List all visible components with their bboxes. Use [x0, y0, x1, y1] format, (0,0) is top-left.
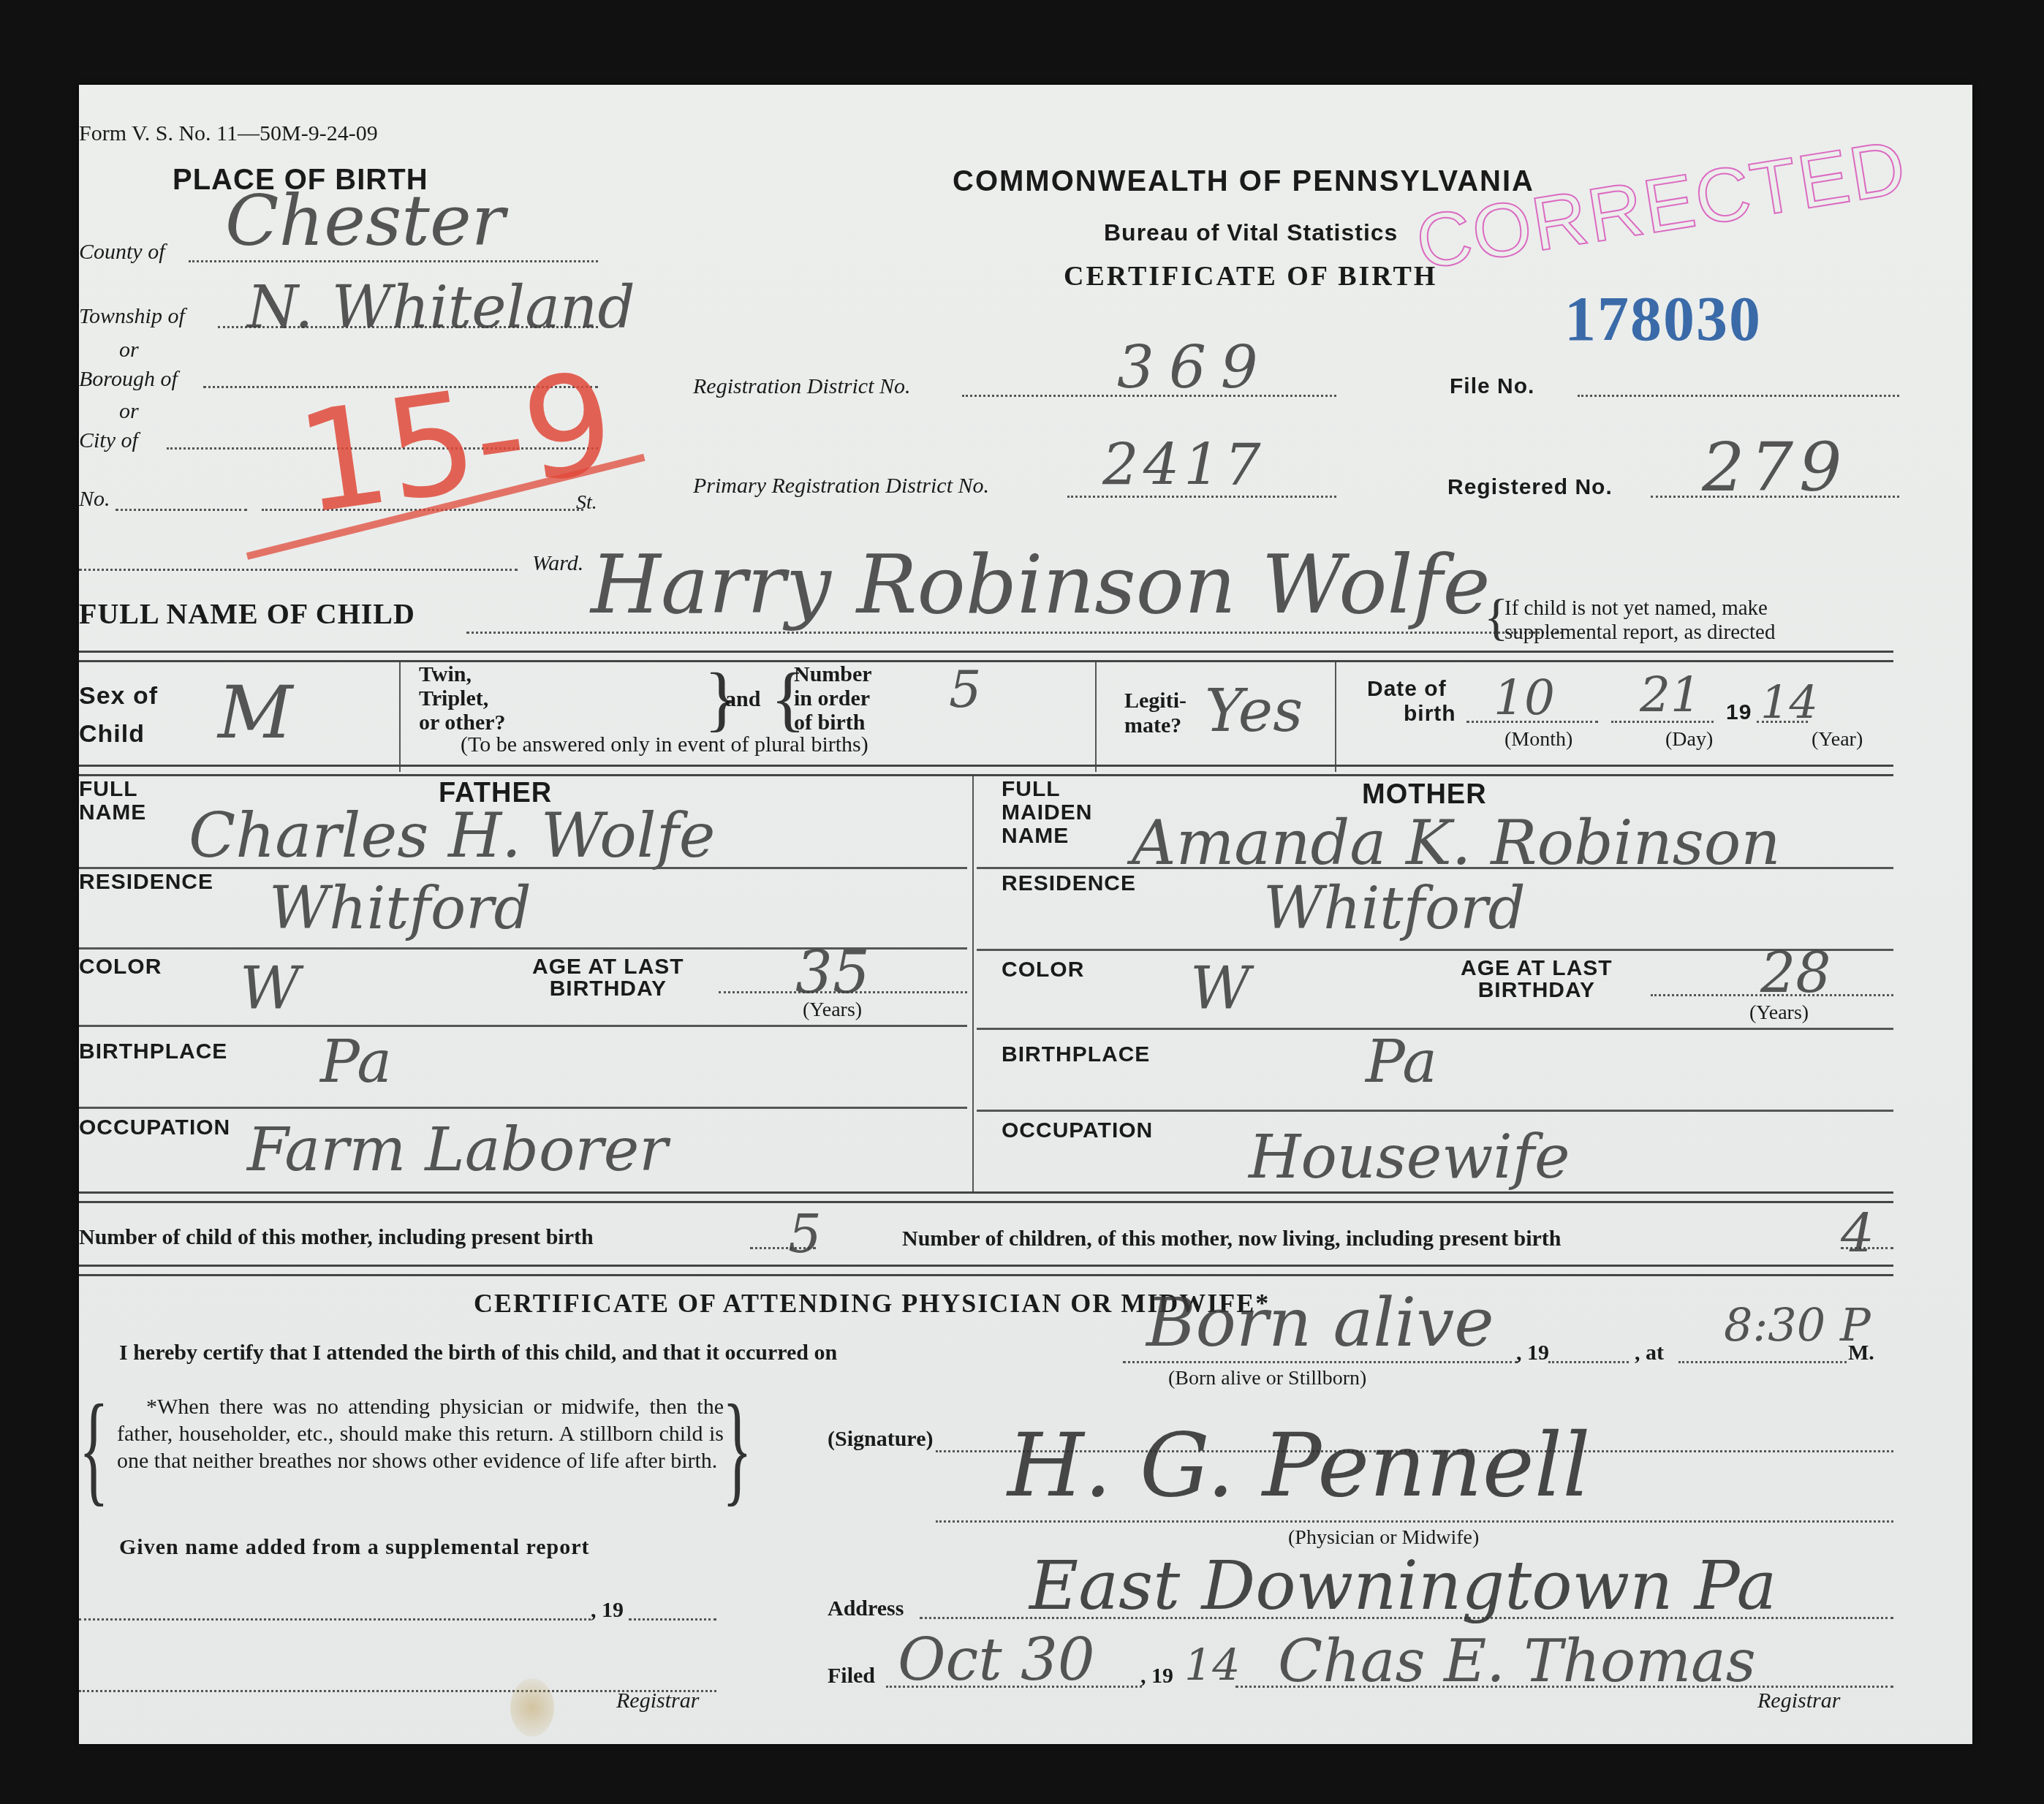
dob-label-line-2: birth [1367, 702, 1456, 727]
father-age-label-line-2: BIRTHDAY [532, 978, 684, 1000]
township-value[interactable]: N. Whiteland [247, 273, 635, 341]
sex-label: Sex of Child [79, 677, 158, 753]
signature-label: (Signature) [828, 1427, 933, 1452]
mother-residence-label: RESIDENCE [1002, 871, 1136, 896]
twin-label-line-2: Triplet, [419, 686, 506, 710]
dob-day-value[interactable]: 21 [1640, 667, 1701, 723]
ward-label: Ward. [532, 551, 583, 576]
file-number-label: File No. [1450, 374, 1534, 399]
father-birthplace-value[interactable]: Pa [320, 1028, 392, 1096]
father-name-label: FULL NAME [79, 778, 146, 825]
occurred-value[interactable]: Born alive [1146, 1284, 1494, 1362]
twin-label-line-3: or other? [419, 710, 506, 735]
legitimate-label-line-2: mate? [1124, 713, 1186, 738]
registrar-label: Registrar [1757, 1689, 1840, 1713]
footnote-brace-left: { [79, 1386, 109, 1510]
father-name-label-line-2: NAME [79, 801, 146, 825]
father-color-label: COLOR [79, 955, 162, 979]
primary-district-value[interactable]: 2417 [1102, 433, 1265, 499]
plural-births-note: (To be answered only in event of plural … [461, 732, 868, 757]
dob-year-prefix: 19 [1726, 700, 1752, 725]
registered-number-label: Registered No. [1447, 475, 1613, 500]
supplemental-label: Given name added from a supplemental rep… [119, 1535, 590, 1560]
divider [977, 1110, 1893, 1112]
mother-occupation-label: OCCUPATION [1002, 1118, 1153, 1143]
order-label-line-2: in order [794, 686, 872, 710]
red-pencil-annotation: 15-9 [289, 341, 624, 545]
primary-district-label: Primary Registration District No. [693, 474, 989, 499]
filed-year-prefix: , 19 [1140, 1664, 1173, 1689]
occurred-year-prefix: , 19 [1516, 1341, 1549, 1365]
borough-label: Borough of [79, 367, 178, 392]
street-number-field-line [116, 509, 247, 511]
divider [399, 662, 401, 772]
unnamed-note: If child is not yet named, make suppleme… [1504, 596, 1775, 645]
mother-residence-value[interactable]: Whitford [1263, 874, 1526, 942]
mother-color-value[interactable]: W [1190, 955, 1250, 1023]
twin-label-line-1: Twin, [419, 662, 506, 686]
divider [79, 1107, 967, 1109]
and-label: and [725, 687, 760, 712]
divider [977, 867, 1893, 869]
father-residence-value[interactable]: Whitford [269, 874, 531, 942]
mother-years-caption: (Years) [1749, 1001, 1809, 1025]
supplemental-registrar-label: Registrar [616, 1689, 699, 1713]
commonwealth-title: COMMONWEALTH OF PENNSYLVANIA [953, 165, 1534, 198]
county-label: County of [79, 240, 165, 265]
filed-date-value[interactable]: Oct 30 [898, 1626, 1095, 1694]
dob-label: Date of birth [1367, 677, 1456, 727]
birth-certificate: Form V. S. No. 11—50M-9-24-09 PLACE OF B… [79, 85, 1972, 1744]
dob-year-value[interactable]: 14 [1760, 675, 1818, 729]
twin-label: Twin, Triplet, or other? [419, 662, 506, 735]
physician-signature[interactable]: H. G. Pennell [1007, 1415, 1591, 1517]
paper-stain [510, 1678, 554, 1737]
child-full-name-line [466, 632, 1563, 634]
divider [79, 1025, 967, 1027]
supplemental-year-prefix: , 19 [591, 1598, 624, 1623]
father-residence-label: RESIDENCE [79, 870, 213, 895]
divider [79, 1191, 1893, 1203]
legitimate-value[interactable]: Yes [1205, 677, 1303, 745]
order-label-line-1: Number [794, 662, 872, 686]
father-age-label-line-1: AGE AT LAST [532, 956, 684, 978]
mother-birthplace-value[interactable]: Pa [1366, 1028, 1437, 1096]
children-number-value[interactable]: 5 [788, 1203, 822, 1265]
supplemental-name-line[interactable] [79, 1618, 591, 1621]
born-caption: (Born alive or Stillborn) [1168, 1367, 1366, 1390]
form-number: Form V. S. No. 11—50M-9-24-09 [79, 121, 378, 146]
unnamed-note-line-2: supplemental report, as directed [1504, 621, 1775, 645]
divider [79, 1265, 1893, 1276]
order-label-line-3: of birth [794, 710, 872, 735]
divider [977, 949, 1893, 951]
mother-age-label-line-1: AGE AT LAST [1461, 958, 1613, 979]
divider [79, 765, 1893, 776]
mother-name-label-line-2: MAIDEN [1002, 801, 1092, 825]
mother-name-label-line-1: FULL [1002, 778, 1092, 801]
registration-district-label: Registration District No. [693, 374, 911, 399]
city-label: City of [79, 428, 138, 453]
corrected-stamp: CORRECTED [1410, 124, 1912, 287]
certificate-number-stamp: 178030 [1564, 282, 1762, 355]
legitimate-label-line-1: Legiti- [1124, 689, 1186, 713]
registered-number-value[interactable]: 279 [1702, 428, 1848, 507]
divider [1335, 662, 1336, 772]
filed-label: Filed [828, 1664, 875, 1689]
m-label: M. [1848, 1341, 1874, 1365]
father-occupation-label: OCCUPATION [79, 1115, 230, 1140]
year-caption: (Year) [1812, 728, 1863, 751]
or-separator-2: or [119, 399, 139, 424]
signature-line-2 [936, 1520, 1893, 1523]
certify-text: I hereby certify that I attended the bir… [119, 1341, 837, 1365]
children-living-value[interactable]: 4 [1841, 1203, 1874, 1265]
ward-field-line [79, 569, 518, 571]
street-number-label: No. [79, 487, 110, 512]
day-caption: (Day) [1665, 728, 1713, 751]
address-label: Address [828, 1596, 904, 1621]
father-age-value[interactable]: 35 [795, 939, 870, 1007]
sex-label-line-2: Child [79, 715, 158, 753]
divider [79, 867, 967, 869]
certificate-title: CERTIFICATE OF BIRTH [1064, 260, 1437, 292]
sex-value[interactable]: M [218, 670, 292, 755]
children-living-label: Number of children, of this mother, now … [902, 1227, 1562, 1251]
month-caption: (Month) [1504, 728, 1572, 751]
mother-name-label: FULL MAIDEN NAME [1002, 778, 1092, 848]
mother-age-label-line-2: BIRTHDAY [1461, 979, 1613, 1001]
parents-column-divider [972, 776, 974, 1193]
occurred-year-line [1548, 1361, 1629, 1363]
father-age-label: AGE AT LAST BIRTHDAY [532, 956, 684, 1000]
supplemental-year-line[interactable] [629, 1618, 716, 1621]
order-value[interactable]: 5 [949, 659, 982, 719]
footnote-brace-right: } [722, 1386, 752, 1510]
divider [1095, 662, 1097, 772]
dob-month-value[interactable]: 10 [1494, 670, 1555, 726]
registration-district-value[interactable]: 369 [1117, 333, 1273, 401]
father-name-label-line-1: FULL [79, 778, 146, 801]
order-label: Number in order of birth [794, 662, 872, 735]
at-label: , at [1635, 1341, 1664, 1365]
father-years-caption: (Years) [803, 998, 862, 1022]
mother-section-title: MOTHER [1362, 779, 1487, 811]
township-label: Township of [79, 304, 185, 329]
registrar-signature[interactable]: Chas E. Thomas [1278, 1627, 1756, 1695]
sex-label-line-1: Sex of [79, 677, 158, 715]
mother-color-label: COLOR [1002, 958, 1084, 982]
mother-birthplace-label: BIRTHPLACE [1002, 1042, 1150, 1067]
filed-year-value[interactable]: 14 [1184, 1640, 1240, 1691]
unnamed-note-line-1: If child is not yet named, make [1504, 596, 1775, 621]
physician-footnote: *When there was no attending physician o… [117, 1393, 724, 1474]
time-line [1678, 1361, 1847, 1363]
father-name-value[interactable]: Charles H. Wolfe [189, 800, 716, 871]
dob-label-line-1: Date of [1367, 677, 1456, 702]
father-birthplace-label: BIRTHPLACE [79, 1039, 227, 1064]
address-value[interactable]: East Downingtown Pa [1029, 1547, 1776, 1625]
or-separator-1: or [119, 338, 139, 363]
father-occupation-value[interactable]: Farm Laborer [247, 1115, 667, 1185]
divider [79, 651, 1893, 662]
children-number-label: Number of child of this mother, includin… [79, 1225, 594, 1250]
child-full-name-label: FULL NAME OF CHILD [79, 596, 415, 631]
legitimate-label: Legiti- mate? [1124, 689, 1186, 738]
mother-occupation-value[interactable]: Housewife [1249, 1123, 1570, 1192]
bureau-title: Bureau of Vital Statistics [1104, 219, 1398, 246]
mother-age-label: AGE AT LAST BIRTHDAY [1461, 958, 1613, 1001]
mother-age-value[interactable]: 28 [1760, 940, 1831, 1005]
mother-name-label-line-3: NAME [1002, 825, 1092, 848]
father-color-value[interactable]: W [240, 955, 300, 1023]
county-value[interactable]: Chester [225, 180, 505, 262]
file-number-line[interactable] [1578, 395, 1899, 397]
child-full-name-value[interactable]: Harry Robinson Wolfe [591, 538, 1491, 632]
